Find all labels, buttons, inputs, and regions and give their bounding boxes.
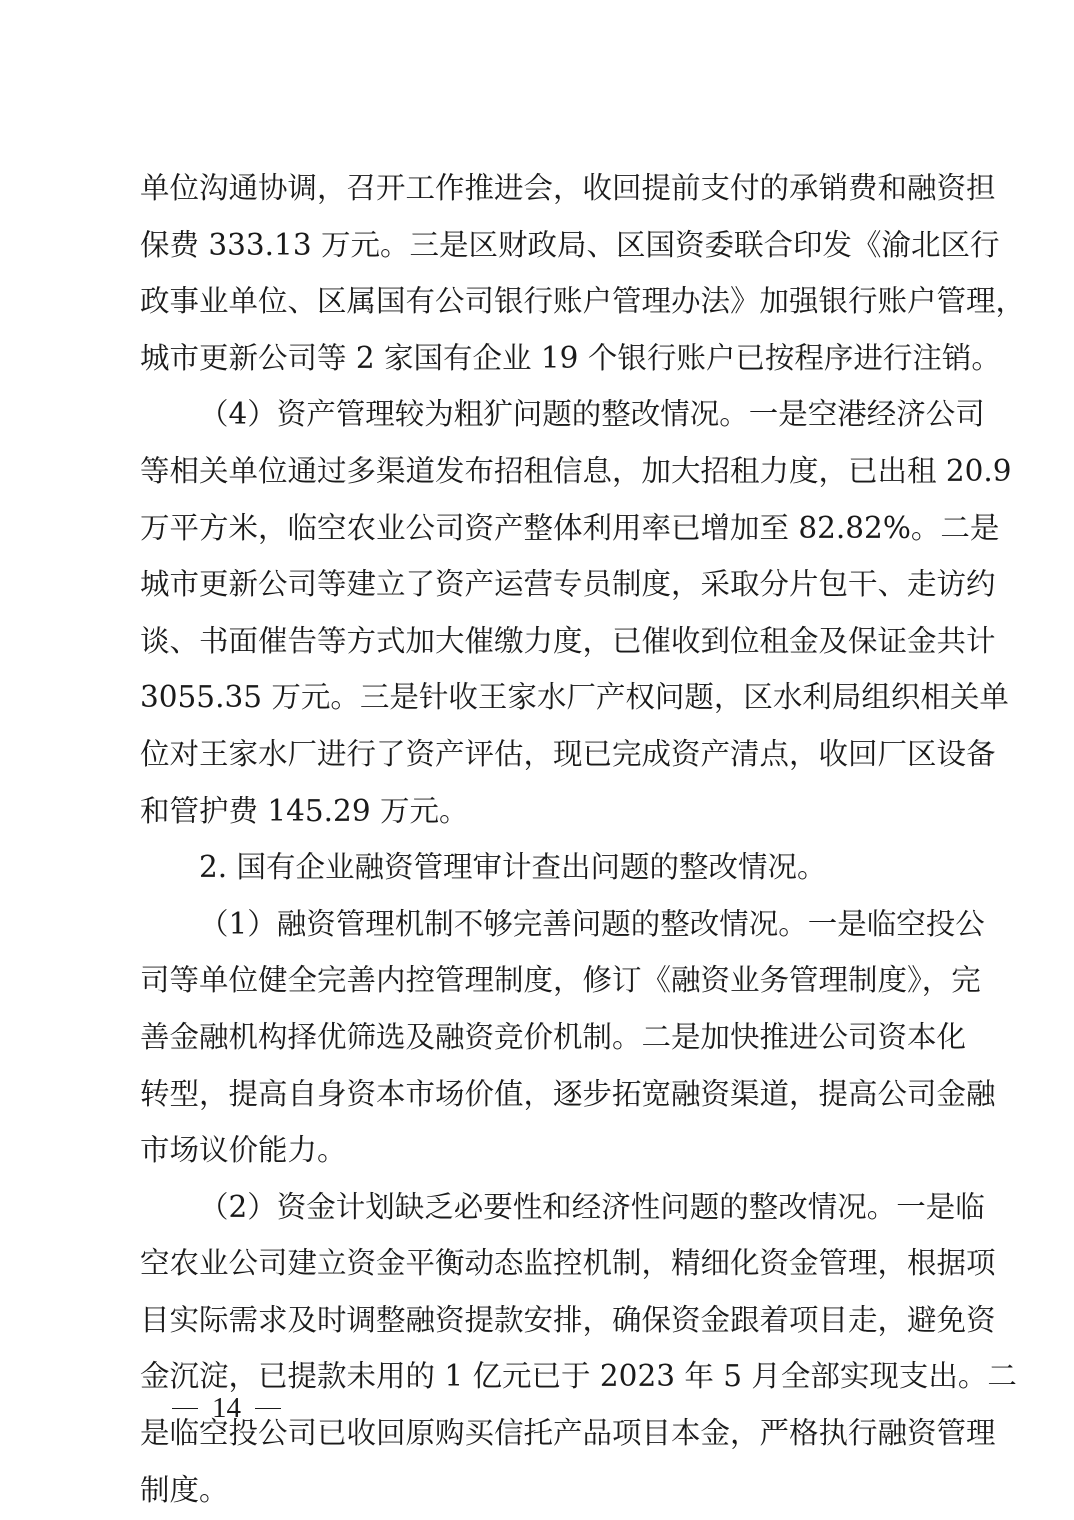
text-line: 制度。 — [140, 1462, 940, 1519]
text-line: 等相关单位通过多渠道发布招租信息，加大招租力度，已出租 20.9 — [140, 443, 940, 500]
text-line: 单位沟通协调，召开工作推进会，收回提前支付的承销费和融资担 — [140, 160, 940, 217]
text-line: 善金融机构择优筛选及融资竞价机制。二是加快推进公司资本化 — [140, 1009, 940, 1066]
text-line: 万平方米，临空农业公司资产整体利用率已增加至 82.82%。二是 — [140, 500, 940, 557]
subsection-heading-1: （1）融资管理机制不够完善问题的整改情况。一是临空投公 — [140, 896, 940, 953]
text-line: 保费 333.13 万元。三是区财政局、区国资委联合印发《渝北区行 — [140, 217, 940, 274]
text-line: 市场议价能力。 — [140, 1122, 940, 1179]
text-line: 城市更新公司等 2 家国有企业 19 个银行账户已按程序进行注销。 — [140, 330, 940, 387]
text-line: 目实际需求及时调整融资提款安排，确保资金跟着项目走，避免资 — [140, 1292, 940, 1349]
text-line: 谈、书面催告等方式加大催缴力度，已催收到位租金及保证金共计 — [140, 613, 940, 670]
text-line: 和管护费 145.29 万元。 — [140, 783, 940, 840]
dash-right — [255, 1408, 281, 1410]
text-line: 位对王家水厂进行了资产评估，现已完成资产清点，收回厂区设备 — [140, 726, 940, 783]
text-line: 城市更新公司等建立了资产运营专员制度，采取分片包干、走访约 — [140, 556, 940, 613]
subsection-heading-2: （2）资金计划缺乏必要性和经济性问题的整改情况。一是临 — [140, 1179, 940, 1236]
subsection-heading-4: （4）资产管理较为粗犷问题的整改情况。一是空港经济公司 — [140, 386, 940, 443]
text-line: 政事业单位、区属国有公司银行账户管理办法》加强银行账户管理， — [140, 273, 940, 330]
page-number: 14 — [212, 1392, 241, 1425]
text-line: 司等单位健全完善内控管理制度，修订《融资业务管理制度》，完 — [140, 952, 940, 1009]
section-heading-2: 2. 国有企业融资管理审计查出问题的整改情况。 — [140, 839, 940, 896]
text-line: 空农业公司建立资金平衡动态监控机制，精细化资金管理，根据项 — [140, 1235, 940, 1292]
page-footer: 14 — [172, 1392, 281, 1425]
document-body: 单位沟通协调，召开工作推进会，收回提前支付的承销费和融资担 保费 333.13 … — [140, 160, 940, 1518]
text-line: 3055.35 万元。三是针收王家水厂产权问题，区水利局组织相关单 — [140, 669, 940, 726]
dash-left — [172, 1408, 198, 1410]
text-line: 转型，提高自身资本市场价值，逐步拓宽融资渠道，提高公司金融 — [140, 1066, 940, 1123]
